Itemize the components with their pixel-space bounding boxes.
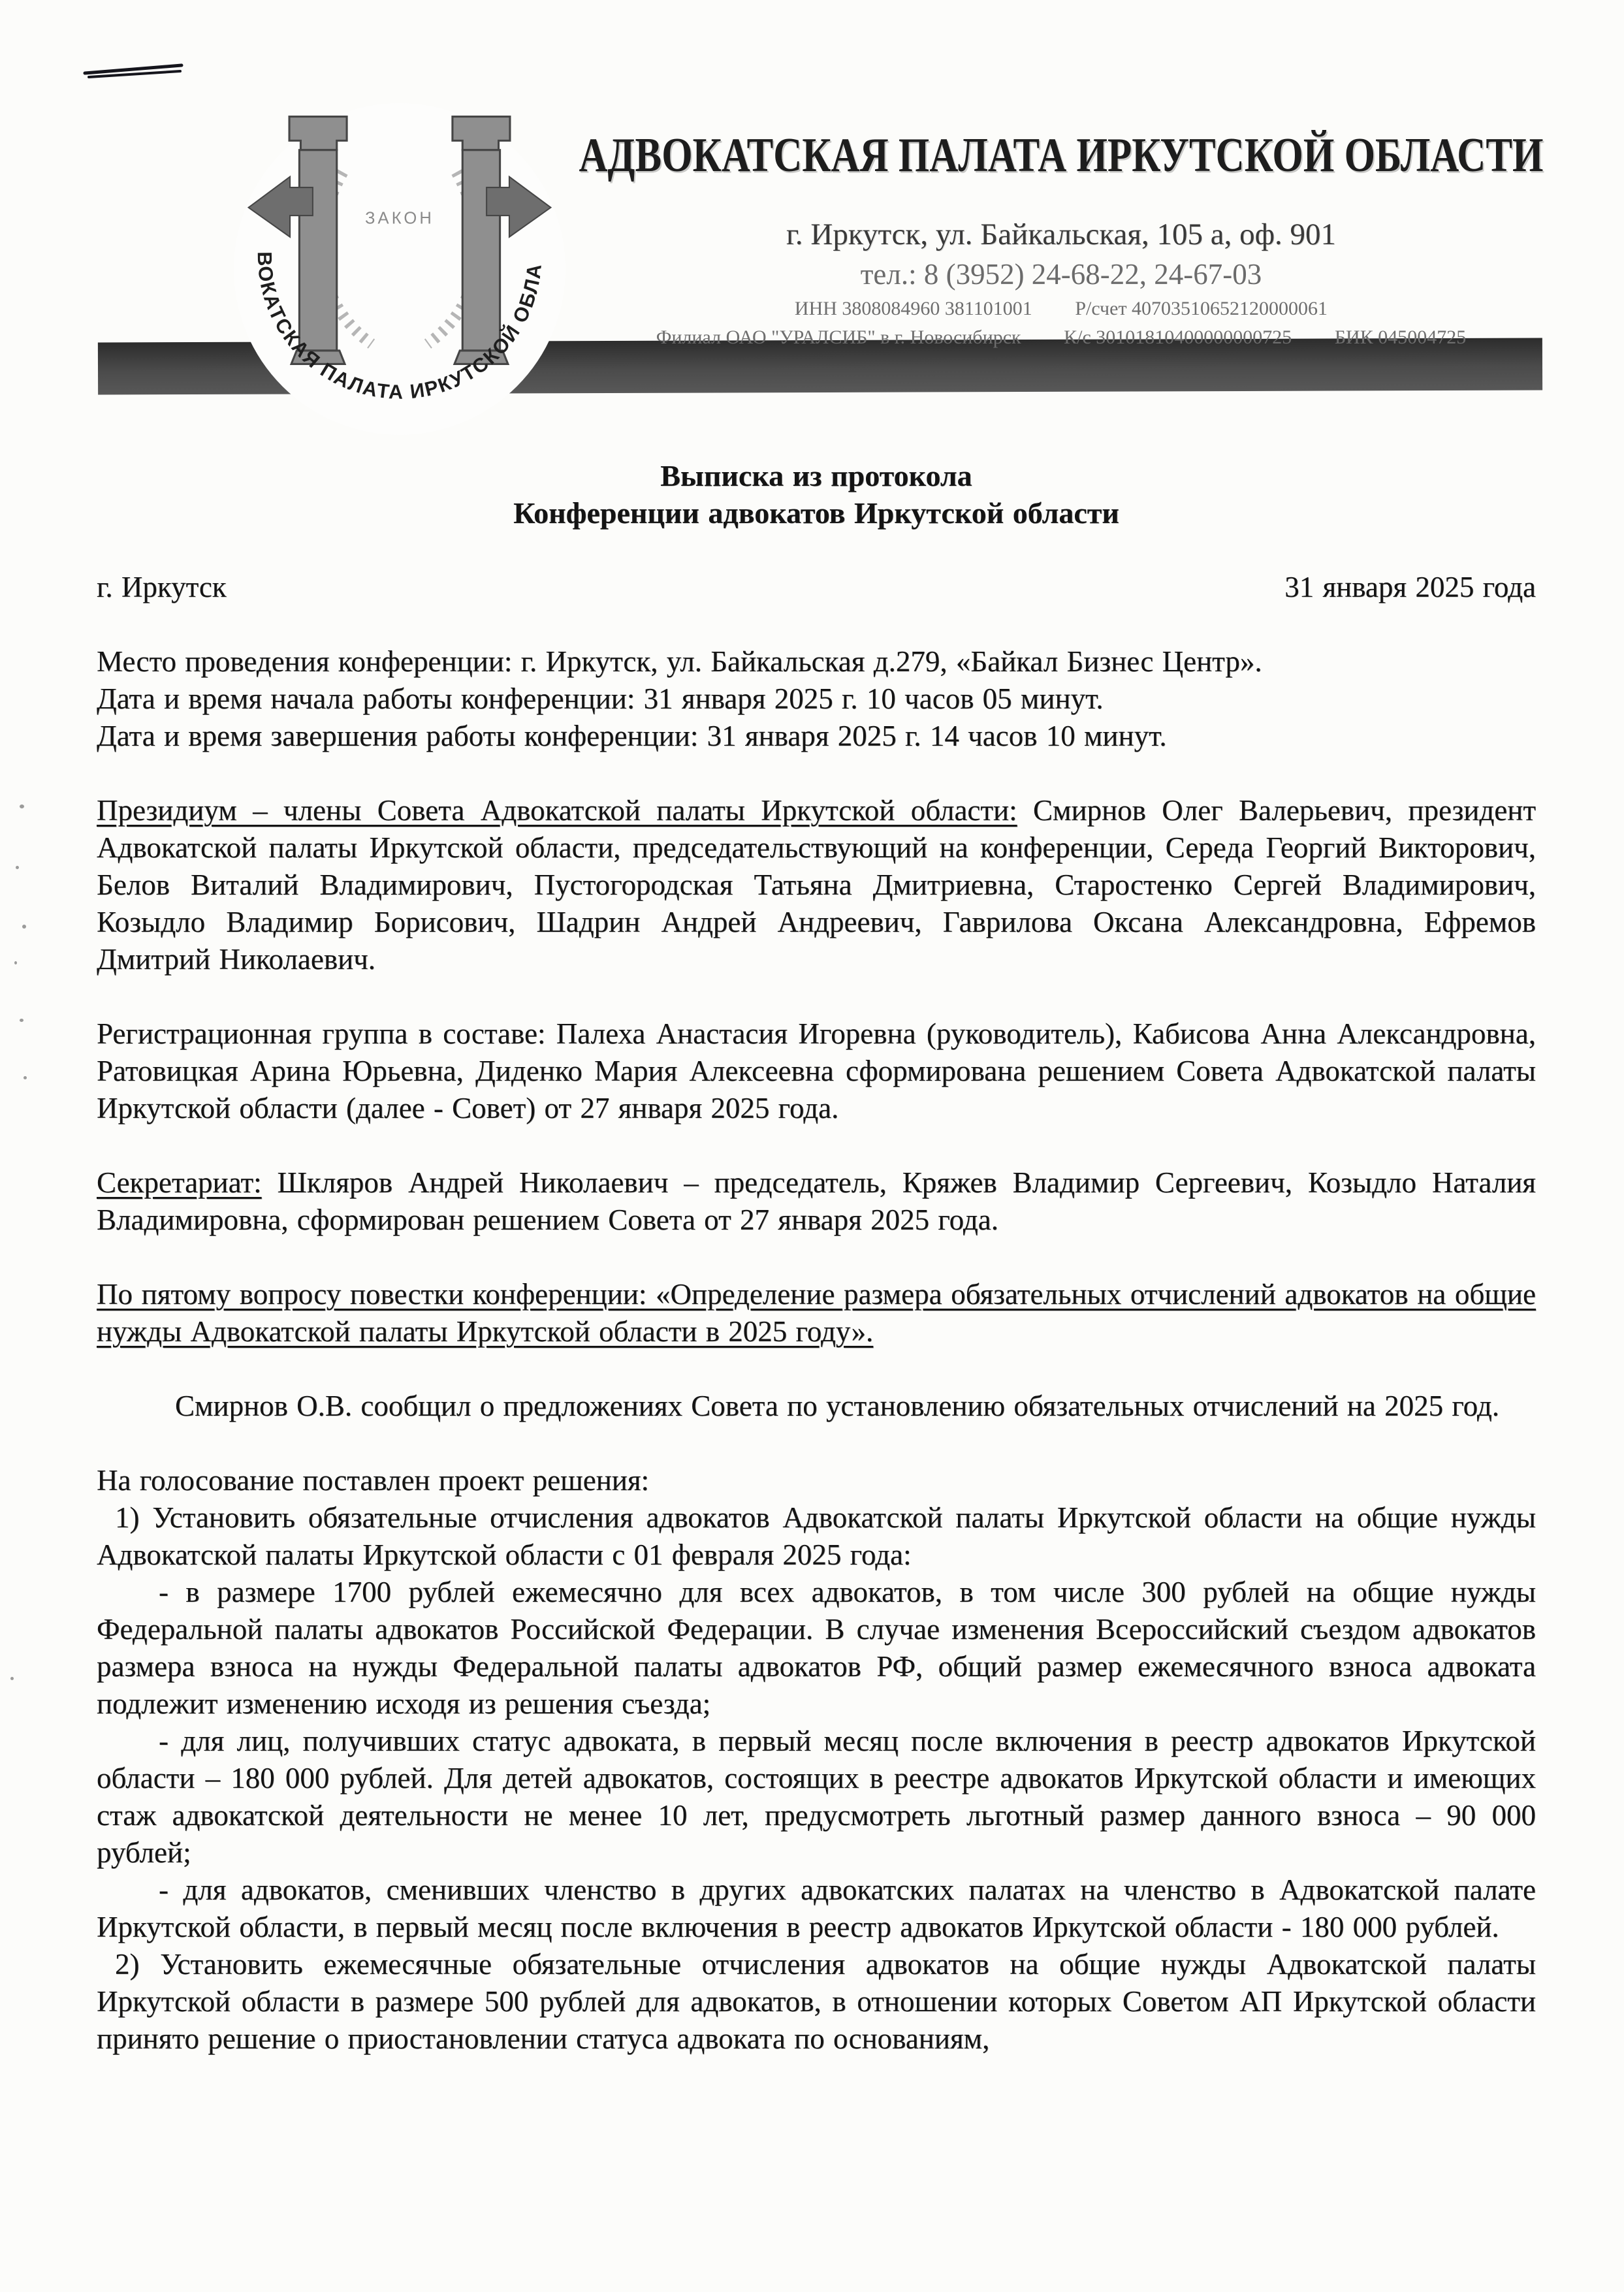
emblem-center-text: ЗАКОН	[365, 209, 434, 227]
scan-speck	[24, 1076, 27, 1079]
org-bank-branch: Филиал ОАО "УРАЛСИБ" в г. Новосибирск	[656, 326, 1021, 349]
scanned-document-page: ЗАКОН АДВОКАТСКАЯ ПАЛАТА ИРКУТСКОЙ ОБЛАС…	[0, 0, 1624, 2292]
presidium-paragraph: Президиум – члены Совета Адвокатской пал…	[97, 792, 1536, 978]
scan-speck	[22, 925, 26, 929]
scan-speck	[14, 961, 17, 964]
resolution-item-1b: - для лиц, получивших статус адвоката, в…	[97, 1723, 1536, 1871]
meta-end-time: Дата и время завершения работы конференц…	[97, 718, 1536, 755]
resolution-item-1c: - для адвокатов, сменивших членство в др…	[97, 1871, 1536, 1946]
place-date-row: г. Иркутск 31 января 2025 года	[97, 569, 1536, 606]
org-address: г. Иркутск, ул. Байкальская, 105 а, оф. …	[568, 217, 1554, 252]
ink-stroke-artifact	[82, 57, 187, 81]
resolution-item-2: 2) Установить ежемесячные обязательные о…	[97, 1946, 1536, 2058]
org-account: Р/счет 40703510652120000061	[1075, 298, 1328, 320]
document-title-line1: Выписка из протокола	[97, 457, 1536, 494]
document-body: Выписка из протокола Конференции адвокат…	[97, 457, 1536, 2058]
org-requisites-line2: Филиал ОАО "УРАЛСИБ" в г. Новосибирск К/…	[568, 326, 1554, 349]
org-phone: тел.: 8 (3952) 24-68-22, 24-67-03	[568, 257, 1554, 291]
org-inn: ИНН 3808084960 381101001	[795, 298, 1032, 320]
resolution-item-1a: - в размере 1700 рублей ежемесячно для в…	[97, 1574, 1536, 1723]
scan-speck	[10, 1677, 14, 1680]
agenda-item-text: По пятому вопросу повестки конференции: …	[97, 1278, 1536, 1348]
org-name: АДВОКАТСКАЯ ПАЛАТА ИРКУТСКОЙ ОБЛАСТИ	[568, 128, 1554, 183]
scan-speck	[20, 1019, 24, 1022]
org-bik: БИК 045004725	[1335, 326, 1466, 349]
document-date: 31 января 2025 года	[1284, 569, 1536, 606]
document-place: г. Иркутск	[97, 569, 227, 606]
resolution-item-1: 1) Установить обязательные отчисления ад…	[97, 1499, 1536, 1574]
letterhead: АДВОКАТСКАЯ ПАЛАТА ИРКУТСКОЙ ОБЛАСТИ г. …	[568, 128, 1554, 349]
secretariat-lead: Секретариат:	[97, 1166, 262, 1199]
bar-association-emblem: ЗАКОН АДВОКАТСКАЯ ПАЛАТА ИРКУТСКОЙ ОБЛАС…	[232, 102, 567, 436]
secretariat-paragraph: Секретариат: Шкляров Андрей Николаевич –…	[97, 1164, 1536, 1239]
registration-group-paragraph: Регистрационная группа в составе: Палеха…	[97, 1015, 1536, 1127]
speaker-paragraph: Смирнов О.В. сообщил о предложениях Сове…	[97, 1388, 1536, 1425]
secretariat-members: Шкляров Андрей Николаевич – председатель…	[97, 1166, 1536, 1236]
document-title-line2: Конференции адвокатов Иркутской области	[97, 494, 1536, 532]
presidium-lead: Президиум – члены Совета Адвокатской пал…	[97, 794, 1017, 827]
scan-speck	[16, 866, 19, 869]
scan-speck	[20, 804, 24, 808]
meta-start-time: Дата и время начала работы конференции: …	[97, 680, 1536, 718]
org-corr-account: К/с 30101810400000000725	[1064, 326, 1292, 349]
vote-intro: На голосование поставлен проект решения:	[97, 1462, 1536, 1499]
org-requisites-line1: ИНН 3808084960 381101001 Р/счет 40703510…	[568, 298, 1554, 320]
agenda-item-paragraph: По пятому вопросу повестки конференции: …	[97, 1276, 1536, 1350]
meta-venue: Место проведения конференции: г. Иркутск…	[97, 643, 1536, 680]
